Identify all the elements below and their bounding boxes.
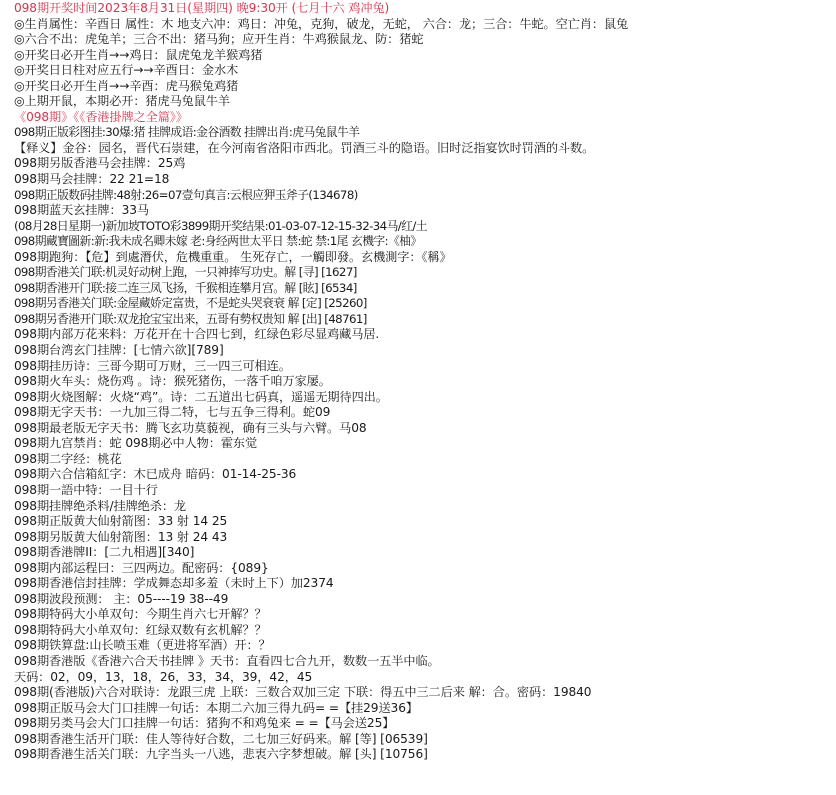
section-title: 《098期》《《香港掛牌之全篇》》 — [14, 110, 834, 126]
text-line: 098期另版香港马会挂牌：25鸡 — [14, 156, 834, 172]
five-elements-line: ◎开奖日日柱对应五行→→辛酉日：金水木 — [14, 63, 834, 79]
text-line: 098期六合信箱紅字：木已成舟 暗码：01-14-25-36 — [14, 467, 834, 483]
text-line: 098期香港关门联:机灵好动树上跑，一只神捧写功史。解 [寻] [1627] — [14, 265, 834, 281]
text-line: 098期另香港关门联:金屋藏娇定富贵，不是蛇头哭衰衰 解 [定] [25260] — [14, 296, 834, 312]
text-line: 098期蓝天玄挂牌：33马 — [14, 203, 834, 219]
must-open-zodiac-line: ◎开奖日必开生肖→→鸡日：鼠虎兔龙羊猴鸡猪 — [14, 48, 834, 64]
text-line: 098期内部运程曰：三四两边。配密码：{089} — [14, 561, 834, 577]
text-line: 098期二字经：桃花 — [14, 452, 834, 468]
text-line: 098期香港开门联:接二连三凤飞扬，千猴相连攀月宫。解 [眩] [6534] — [14, 281, 834, 297]
zodiac-attribute-line: ◎生肖属性：辛酉日 属性：木 地支六冲：鸡日：冲兔，克狗，破龙，无蛇， 六合：龙… — [14, 17, 834, 33]
text-line: 098期一語中特：一目十行 — [14, 483, 834, 499]
text-line: 098期挂历诗：三哥今期可万财，三一四三可相连。 — [14, 359, 834, 375]
text-line: 【释义】金谷：园名，晋代石崇建，在今河南省洛阳市西北。罚酒三斗的隐语。旧时泛指宴… — [14, 141, 834, 157]
text-line: 098期挂牌绝杀料/挂牌绝杀：龙 — [14, 499, 834, 515]
text-line: 098期(香港版)六合对联诗：龙跟三虎 上联：三数合双加三定 下联：得五中三二后… — [14, 685, 834, 701]
text-line: (08月28日星期一)新加坡TOTO彩3899期开奖结果:01-03-07-12… — [14, 219, 834, 235]
text-line: 098期波段预测： 主：05----19 38--49 — [14, 592, 834, 608]
text-line: 098期特码大小单双句：红绿双数有玄机解？？ — [14, 623, 834, 639]
text-line: 098期香港生活开门联：佳人等待好合数，二七加三好码来。解 [等] [06539… — [14, 732, 834, 748]
text-line: 098期正版马会大门口挂牌一句话：本期二六加三得九码= =【挂29送36】 — [14, 701, 834, 717]
text-line: 098期火车头：烧伤鸡 。诗：猴死猪伤，一落千咱万家屡。 — [14, 374, 834, 390]
text-line: 098期无字天书：一九加三得二特，七与五争三得利。蛇09 — [14, 405, 834, 421]
text-line: 098期香港信封挂牌：学成舞态却多羞（未时上下）加2374 — [14, 576, 834, 592]
lottery-forecast-document: 098期开奖时间2023年8月31日(星期四) 晚9:30开 (七月十六 鸡冲兔… — [14, 1, 834, 763]
text-line: 098期香港版《香港六合天书挂牌 》天书：直看四七合九开，数数一五半中临。 — [14, 654, 834, 670]
text-line: 098期另类马会大门口挂牌一句话：猪狗不和鸡兔来 = =【马会送25】 — [14, 716, 834, 732]
text-line: 098期马会挂牌：22 21=18 — [14, 172, 834, 188]
text-line: 098期火烧图解：火烧“鸡”。诗：二五道出七码真，遥遥无期待四出。 — [14, 390, 834, 406]
text-line: 098期藏寶圖新:新:我未成名卿未嫁 老:身经两世太平日 禁:蛇 禁:1尾 玄機… — [14, 234, 834, 250]
text-line: 098期香港牌II：[二九相遇][340] — [14, 545, 834, 561]
text-line: 098期内部万花来料：万花开在十合四七到，红绿色彩尽显鸡藏马居. — [14, 327, 834, 343]
text-line: 098期另香港开门联:双龙抢宝宝出来，五哥有勢权贵知 解 [出] [48761] — [14, 312, 834, 328]
text-line: 098期另版黄大仙射箭图：13 射 24 43 — [14, 530, 834, 546]
text-line: 098期铁算盘:山长喷玉难（更进将军酒）开：？ — [14, 638, 834, 654]
text-line: 098期正版黄大仙射箭图：33 射 14 25 — [14, 514, 834, 530]
draw-time-header: 098期开奖时间2023年8月31日(星期四) 晚9:30开 (七月十六 鸡冲兔… — [14, 1, 834, 17]
text-line: 098期正版数码挂牌:48射:26=07壹句真言:云根应狎玉斧子(134678) — [14, 188, 834, 204]
text-line: 098期九宫禁肖：蛇 098期必中人物：霍东觉 — [14, 436, 834, 452]
must-open-zodiac-line-2: ◎开奖日必开生肖→→辛酉：虎马猴兔鸡猪 — [14, 79, 834, 95]
last-period-line: ◎上期开鼠，本期必开：猪虎马兔鼠牛羊 — [14, 94, 834, 110]
zodiac-exclusion-line: ◎六合不出：虎兔羊；三合不出：猪马狗；应开生肖：牛鸡猴鼠龙、防：猪蛇 — [14, 32, 834, 48]
text-line: 098期台湾玄门挂牌：[七情六欲][789] — [14, 343, 834, 359]
text-line: 098期正版彩图挂:30爆:猪 挂牌成语:金谷酒数 挂牌出肖:虎马兔鼠牛羊 — [14, 125, 834, 141]
text-line: 098期香港生活关门联：九字当头一八逃，悲衷六字梦想破。解 [头] [10756… — [14, 747, 834, 763]
text-line: 098期特码大小单双句：今期生肖六七开解？？ — [14, 607, 834, 623]
text-line: 098期跑狗：【危】到處潛伏，危機重重。 生死存亡，一觸即發。玄機測字：《稱》 — [14, 250, 834, 266]
sky-code-line: 天码：02，09，13，18，26，33，34，39，42，45 — [14, 670, 834, 686]
text-line: 098期最老版无字天书：腾飞玄功莫藐视，确有三头与六臂。马08 — [14, 421, 834, 437]
